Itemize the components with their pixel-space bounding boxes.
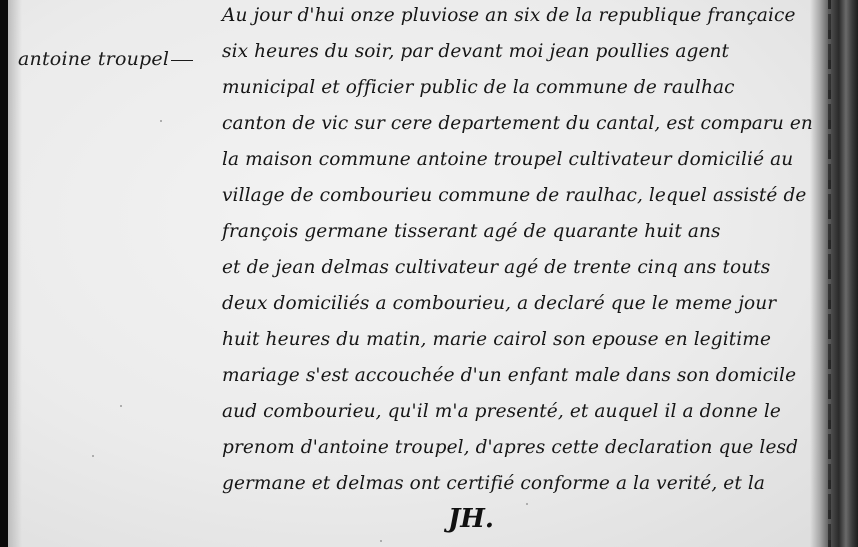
paper-speck — [92, 455, 94, 457]
page-left-edge — [0, 0, 8, 547]
record-line-11: mariage s'est accouchée d'un enfant male… — [222, 365, 796, 395]
record-line-6: village de combourieu commune de raulhac… — [222, 185, 806, 215]
record-line-8: et de jean delmas cultivateur agé de tre… — [222, 257, 770, 287]
signature-mark: JH. — [448, 504, 494, 534]
paper-speck — [160, 120, 162, 122]
margin-note-underline — [171, 60, 193, 61]
record-line-7: françois germane tisserant agé de quaran… — [222, 221, 721, 251]
page-left-shadow — [8, 0, 22, 547]
record-line-1: Au jour d'hui onze pluviose an six de la… — [222, 5, 796, 35]
record-line-10: huit heures du matin, marie cairol son e… — [222, 329, 771, 359]
record-line-3: municipal et officier public de la commu… — [222, 77, 735, 107]
paper-speck — [120, 405, 122, 407]
scanned-document-page: antoine troupel Au jour d'hui onze pluvi… — [0, 0, 858, 547]
record-line-13: prenom d'antoine troupel, d'apres cette … — [222, 437, 798, 467]
record-line-2: six heures du soir, par devant moi jean … — [222, 41, 729, 71]
paper-speck — [380, 540, 382, 542]
margin-note: antoine troupel — [18, 48, 193, 70]
margin-note-name: antoine troupel — [18, 48, 169, 70]
record-line-4: canton de vic sur cere departement du ca… — [222, 113, 813, 143]
book-binding-edge — [810, 0, 858, 547]
record-line-14: germane et delmas ont certifié conforme … — [222, 473, 765, 503]
record-line-12: aud combourieu, qu'il m'a presenté, et a… — [222, 401, 781, 431]
record-line-5: la maison commune antoine troupel cultiv… — [222, 149, 793, 179]
paper-speck — [526, 503, 528, 505]
record-line-9: deux domiciliés a combourieu, a declaré … — [222, 293, 776, 323]
